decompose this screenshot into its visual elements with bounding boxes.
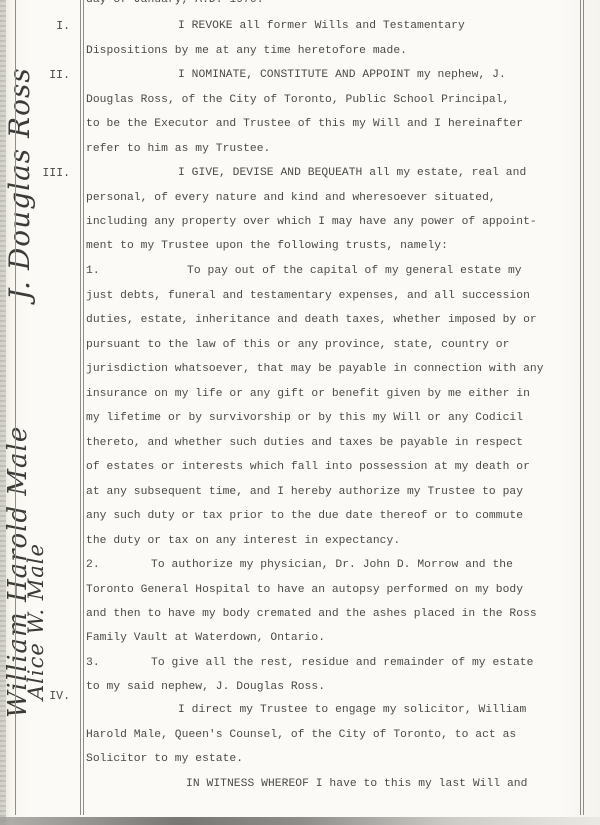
- subclause-1-number: 1.: [86, 265, 100, 277]
- subclause-1-line-8: thereto, and whether such duties and tax…: [86, 437, 523, 449]
- clause-4-line-3: Solicitor to my estate.: [86, 753, 243, 765]
- right-margin-rule-inner: [580, 0, 581, 815]
- subclause-1-line-3: duties, estate, inheritance and death ta…: [86, 314, 537, 326]
- clause-1-line-1: I REVOKE all former Wills and Testamenta…: [178, 20, 465, 32]
- clause-2-line-2: Douglas Ross, of the City of Toronto, Pu…: [86, 94, 509, 106]
- subclause-1-line-11: any such duty or tax prior to the due da…: [86, 510, 523, 522]
- left-margin-rule-inner: [83, 0, 84, 815]
- top-partial-line: day of January, A.D. 1970.: [86, 0, 264, 6]
- right-margin-rule-outer: [583, 0, 584, 815]
- clause-number-2: II.: [0, 69, 70, 82]
- subclause-1-line-9: of estates or interests which fall into …: [86, 461, 530, 473]
- clause-4-line-2: Harold Male, Queen's Counsel, of the Cit…: [86, 729, 516, 741]
- clause-number-4: IV.: [0, 690, 70, 703]
- clause-number-3: III.: [0, 167, 70, 180]
- clause-3-line-4: ment to my Trustee upon the following tr…: [86, 240, 448, 252]
- subclause-1-line-12: the duty or tax on any interest in expec…: [86, 535, 400, 547]
- subclause-2-number: 2.: [86, 559, 100, 571]
- scanned-page: William Harold Male Alice W. Male J. Dou…: [0, 0, 600, 825]
- signature-douglas-ross: J. Douglas Ross: [3, 67, 36, 300]
- subclause-1-line-6: insurance on my life or any gift or bene…: [86, 388, 530, 400]
- clause-2-line-4: refer to him as my Trustee.: [86, 143, 270, 155]
- clause-4-line-1: I direct my Trustee to engage my solicit…: [178, 704, 526, 716]
- subclause-3-line-1: To give all the rest, residue and remain…: [151, 657, 533, 669]
- clause-3-line-1: I GIVE, DEVISE AND BEQUEATH all my estat…: [178, 167, 526, 179]
- witness-closing-line: IN WITNESS WHEREOF I have to this my las…: [186, 778, 527, 790]
- subclause-1-line-10: at any subsequent time, and I hereby aut…: [86, 486, 523, 498]
- clause-3-line-2: personal, of every nature and kind and w…: [86, 192, 496, 204]
- left-margin-rule-outer: [80, 0, 81, 815]
- subclause-1-line-4: pursuant to the law of this or any provi…: [86, 339, 509, 351]
- subclause-1-line-1: To pay out of the capital of my general …: [187, 265, 522, 277]
- subclause-3-number: 3.: [86, 657, 100, 669]
- subclause-1-line-5: jurisdiction whatsoever, that may be pay…: [86, 363, 544, 375]
- subclause-3-line-2: to my said nephew, J. Douglas Ross.: [86, 681, 325, 693]
- clause-2-line-1: I NOMINATE, CONSTITUTE AND APPOINT my ne…: [178, 69, 506, 81]
- subclause-1-line-2: just debts, funeral and testamentary exp…: [86, 290, 530, 302]
- clause-2-line-3: to be the Executor and Trustee of this m…: [86, 118, 523, 130]
- subclause-2-line-2: Toronto General Hospital to have an auto…: [86, 584, 523, 596]
- scan-bottom-shadow: [0, 817, 600, 825]
- subclause-1-line-7: my lifetime or by survivorship or by thi…: [86, 412, 523, 424]
- signature-alice-male: Alice W. Male: [24, 543, 48, 700]
- clause-3-line-3: including any property over which I may …: [86, 216, 537, 228]
- clause-1-line-2: Dispositions by me at any time heretofor…: [86, 45, 407, 57]
- clause-number-1: I.: [0, 20, 70, 33]
- subclause-2-line-3: and then to have my body cremated and th…: [86, 608, 537, 620]
- subclause-2-line-1: To authorize my physician, Dr. John D. M…: [151, 559, 513, 571]
- subclause-2-line-4: Family Vault at Waterdown, Ontario.: [86, 632, 325, 644]
